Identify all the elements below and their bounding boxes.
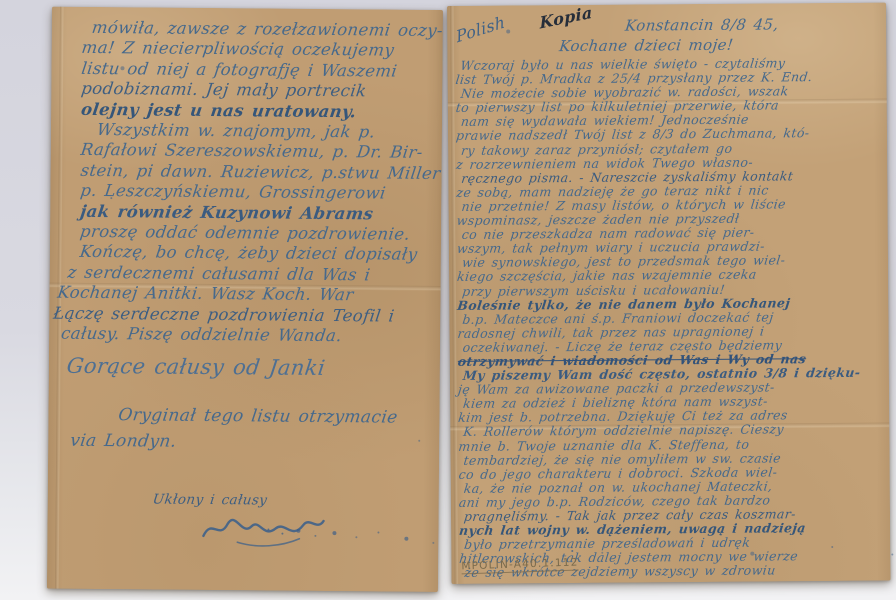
signature-flourish bbox=[197, 506, 327, 551]
handwritten-line: Kochanej Anitki. Wasz Koch. War bbox=[56, 283, 442, 307]
ink-speckles bbox=[267, 528, 269, 530]
handwritten-line: Rafałowi Szereszowskiemu, p. Dr. Bir- bbox=[79, 140, 443, 164]
annotation-polish: Polish bbox=[455, 12, 507, 46]
janka-greeting-line: Gorące całusy od Janki bbox=[65, 354, 326, 380]
postscript-line: via Londyn. bbox=[69, 431, 178, 452]
annotation-kopia: Kopia bbox=[539, 3, 593, 33]
handwritten-line: całusy. Piszę oddzielnie Wanda. bbox=[60, 324, 442, 348]
right-page: Polish Kopia Konstancin 8/8 45, Kochane … bbox=[447, 3, 891, 584]
letter-photo: mówiła, zawsze z rozełzawionemi oczy- ma… bbox=[0, 0, 896, 600]
salutation: Kochane dzieci moje! bbox=[558, 36, 734, 55]
handwritten-line: ma! Z niecierpliwością oczekujemy bbox=[80, 38, 444, 62]
ink-speckles bbox=[571, 550, 573, 552]
handwritten-line: p. Leszczyńskiemu, Grossingerowi bbox=[79, 181, 443, 205]
left-page: mówiła, zawsze z rozełzawionemi oczy- ma… bbox=[47, 7, 443, 592]
postscript-line: Oryginał tego listu otrzymacie bbox=[117, 405, 399, 427]
dateline: Konstancin 8/8 45, bbox=[624, 15, 779, 34]
left-page-body: mówiła, zawsze z rozełzawionemi oczy- ma… bbox=[79, 18, 443, 348]
fold-crease bbox=[450, 6, 459, 584]
handwritten-line: podobiznami. Jej mały portrecik bbox=[80, 79, 444, 103]
right-page-body: Wczoraj było u nas wielkie święto - czyt… bbox=[460, 56, 862, 581]
